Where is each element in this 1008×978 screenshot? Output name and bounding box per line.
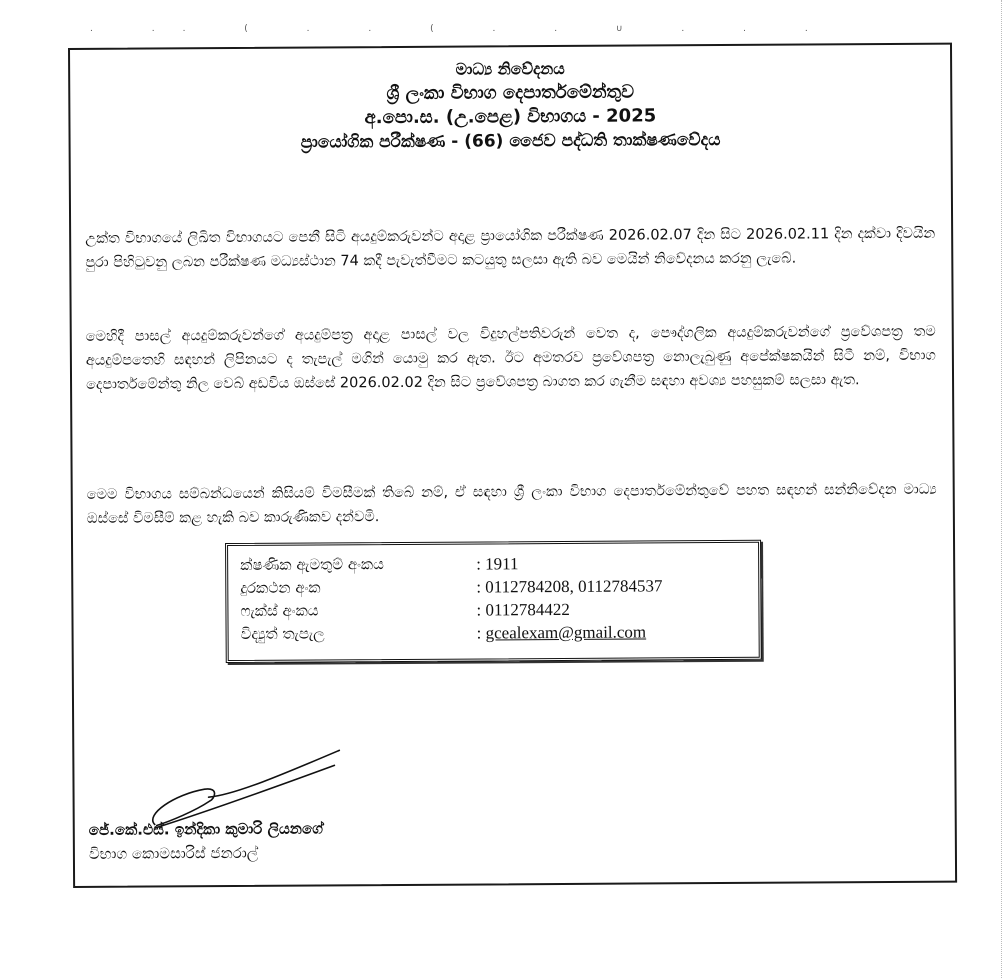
signer-title: විභාග කොමසාරිස් ජනරාල් — [89, 840, 323, 865]
paragraph-inquiries: මෙම විභාගය සම්බන්ධයෙන් කිසියම් විමසීමක් … — [87, 477, 937, 530]
signer-name: ජේ.කේ.එස්. ඉන්දිකා කුමාරි ලියනගේ — [89, 816, 323, 841]
contact-phone: දුරකථන අංක : 0112784208, 0112784537 — [240, 574, 746, 600]
signer-block: ජේ.කේ.එස්. ඉන්දිකා කුමාරි ලියනගේ විභාග ක… — [89, 816, 323, 865]
paragraph-admission: මෙහිදී පාසල් අයදුම්කරුවන්ගේ අයදුම්පත්‍ර … — [86, 319, 936, 396]
contact-value: : 0112784208, 0112784537 — [476, 574, 662, 598]
contact-box: ක්ෂණික ඇමතුම් අංකය : 1911 දුරකථන අංක : 0… — [225, 540, 762, 663]
contact-hotline: ක්ෂණික ඇමතුම් අංකය : 1911 — [240, 551, 746, 577]
contact-label: විද්‍යුත් තැපැල — [241, 622, 477, 646]
paragraph-schedule: උක්ත විභාගයේ ලිඛිත විභාගයට පෙනී සිටි අයද… — [85, 221, 935, 274]
contact-value: : 0112784422 — [476, 598, 569, 622]
contact-value: : gcealexam@gmail.com — [477, 620, 647, 644]
email-link[interactable]: gcealexam@gmail.com — [486, 622, 647, 642]
contact-label: දුරකථන අංක — [240, 576, 476, 600]
contact-value: : 1911 — [476, 552, 518, 575]
cropped-previous-text: . .. ( . . ( . . ∪ . . . ∪( . . . . , . … — [90, 24, 810, 38]
page-edge — [1001, 0, 1004, 978]
contact-fax: ෆැක්ස් අංකය : 0112784422 — [240, 597, 746, 623]
email-prefix: : — [477, 623, 486, 642]
contact-label: ෆැක්ස් අංකය — [240, 599, 476, 623]
contact-label: ක්ෂණික ඇමතුම් අංකය — [240, 553, 476, 577]
notice-header: මාධ්‍ය නිවේදනය ශ්‍රී ලංකා විභාග දෙපාර්තම… — [70, 55, 951, 156]
subject-title: ප්‍රායෝගික පරීක්ෂණ - (66) ජෛව පද්ධති තාක… — [71, 127, 951, 156]
notice-frame: මාධ්‍ය නිවේදනය ශ්‍රී ලංකා විභාග දෙපාර්තම… — [68, 43, 957, 888]
contact-email: විද්‍යුත් තැපැල : gcealexam@gmail.com — [241, 620, 747, 646]
